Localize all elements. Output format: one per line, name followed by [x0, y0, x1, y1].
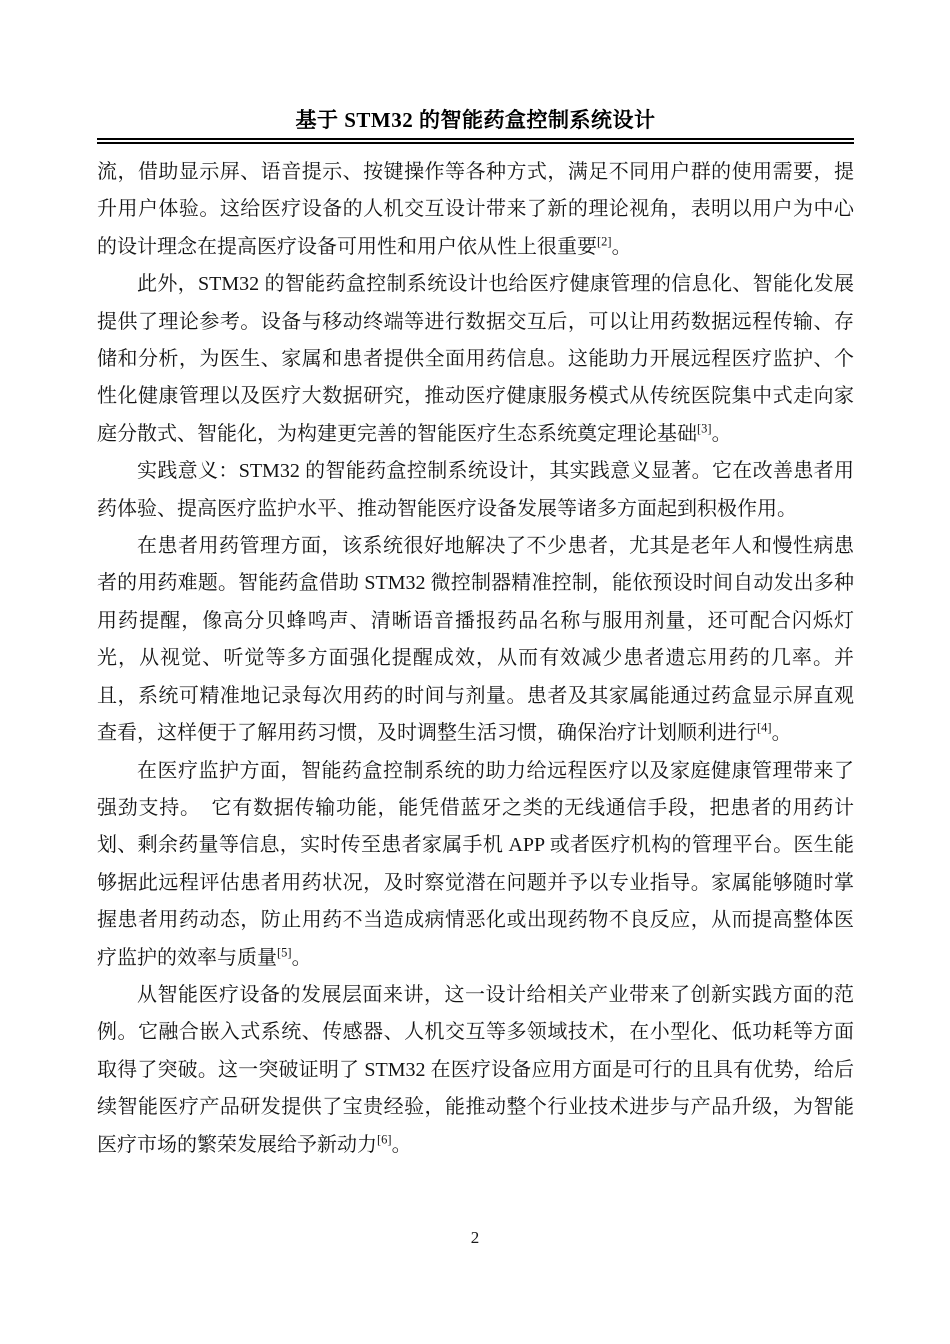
paragraph-tail: 。: [392, 1134, 412, 1156]
body-paragraph: 实践意义：STM32 的智能药盒控制系统设计，其实践意义显著。它在改善患者用药体…: [97, 453, 854, 528]
citation-ref: [6]: [377, 1132, 392, 1146]
paragraph-tail: 。: [292, 947, 312, 969]
body-paragraph: 在患者用药管理方面，该系统很好地解决了不少患者，尤其是老年人和慢性病患者的用药难…: [97, 528, 854, 752]
paragraph-text: 流，借助显示屏、语音提示、按键操作等各种方式，满足不同用户群的使用需要，提升用户…: [97, 161, 854, 258]
document-content: 流，借助显示屏、语音提示、按键操作等各种方式，满足不同用户群的使用需要，提升用户…: [97, 154, 854, 1164]
page-header-title: 基于 STM32 的智能药盒控制系统设计: [97, 106, 854, 134]
document-page: { "header": { "title": "基于 STM32 的智能药盒控制…: [0, 0, 950, 1344]
paragraph-tail: 。: [612, 236, 632, 258]
citation-ref: [4]: [757, 720, 772, 734]
citation-ref: [3]: [697, 421, 712, 435]
paragraph-text: 在医疗监护方面，智能药盒控制系统的助力给远程医疗以及家庭健康管理带来了强劲支持。…: [97, 760, 854, 969]
paragraph-text: 在患者用药管理方面，该系统很好地解决了不少患者，尤其是老年人和慢性病患者的用药难…: [97, 535, 854, 744]
paragraph-tail: 。: [712, 423, 732, 445]
body-paragraph: 此外，STM32 的智能药盒控制系统设计也给医疗健康管理的信息化、智能化发展提供…: [97, 266, 854, 453]
citation-ref: [5]: [277, 945, 292, 959]
page-body: 基于 STM32 的智能药盒控制系统设计 流，借助显示屏、语音提示、按键操作等各…: [97, 0, 854, 1344]
paragraph-tail: 。: [772, 722, 792, 744]
paragraph-text: 从智能医疗设备的发展层面来讲，这一设计给相关产业带来了创新实践方面的范例。它融合…: [97, 984, 854, 1156]
page-header: 基于 STM32 的智能药盒控制系统设计: [97, 106, 854, 144]
header-divider: [97, 138, 854, 144]
page-footer: 2: [0, 1228, 950, 1248]
paragraph-text: 实践意义：STM32 的智能药盒控制系统设计，其实践意义显著。它在改善患者用药体…: [97, 460, 854, 519]
body-paragraph: 流，借助显示屏、语音提示、按键操作等各种方式，满足不同用户群的使用需要，提升用户…: [97, 154, 854, 266]
body-paragraph: 从智能医疗设备的发展层面来讲，这一设计给相关产业带来了创新实践方面的范例。它融合…: [97, 977, 854, 1164]
body-paragraph: 在医疗监护方面，智能药盒控制系统的助力给远程医疗以及家庭健康管理带来了强劲支持。…: [97, 753, 854, 977]
citation-ref: [2]: [597, 234, 612, 248]
paragraph-text: 此外，STM32 的智能药盒控制系统设计也给医疗健康管理的信息化、智能化发展提供…: [97, 273, 854, 445]
page-number: 2: [471, 1228, 480, 1247]
